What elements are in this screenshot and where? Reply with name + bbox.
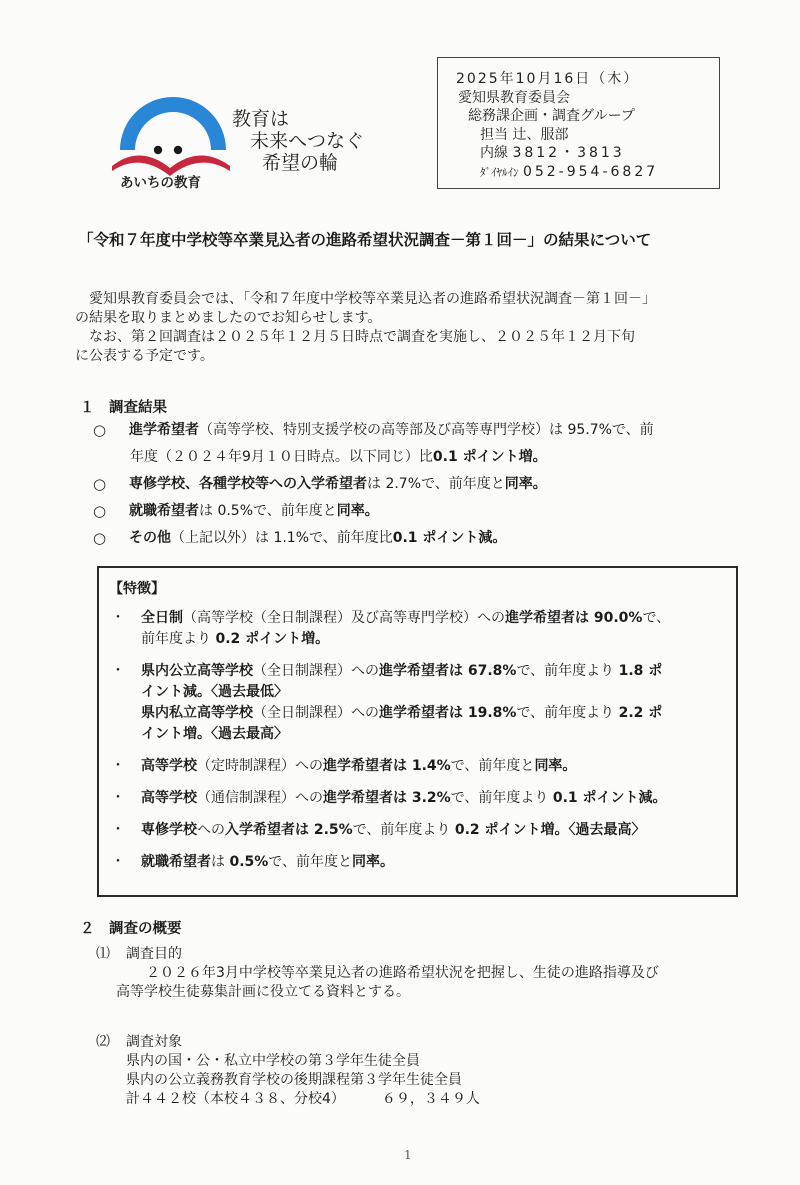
feature-value: 進学希望者は 19.8% — [379, 705, 516, 721]
result-text: は 0.5%で、前年度と — [199, 503, 337, 519]
circle-bullet-icon: ○ — [93, 417, 129, 444]
feature-item: ・ 高等学校（通信制課程）への進学希望者は 3.2%で、前年度より 0.1 ポイ… — [109, 788, 726, 809]
feature-change: イント減。〈過去最低〉 — [141, 684, 288, 700]
intro-paragraph: の結果を取りまとめましたのでお知らせします。 — [75, 309, 745, 328]
dot-bullet-icon: ・ — [109, 788, 141, 809]
feature-label: 高等学校 — [141, 790, 197, 806]
feature-change: 同率。 — [352, 854, 394, 870]
feature-change: イント増。〈過去最高〉 — [141, 726, 288, 742]
feature-change: 2.2 ポ — [619, 705, 663, 721]
circle-bullet-icon: ○ — [93, 471, 129, 498]
feature-text: で、前年度と — [451, 758, 535, 774]
intro-paragraph: 愛知県教育委員会では、「令和７年度中学校等卒業見込者の進路希望状況調査－第１回－… — [75, 290, 745, 309]
slogan-line: 教育は — [232, 108, 364, 130]
item-number: ⑴ — [96, 945, 126, 964]
page-number: 1 — [404, 1148, 412, 1162]
organization: 愛知県教育委員会 — [456, 89, 719, 108]
feature-label: 県内私立高等学校 — [141, 705, 253, 721]
target-text: 県内の公立義務教育学校の後期課程第３学年生徒全員 — [96, 1071, 756, 1090]
result-label: 進学希望者 — [129, 422, 199, 438]
feature-text: （全日制課程）への — [253, 663, 379, 679]
dot-bullet-icon: ・ — [109, 756, 141, 777]
features-title: 【特徴】 — [109, 578, 726, 598]
feature-change: 1.8 ポ — [619, 663, 663, 679]
result-item: ○ 専修学校、各種学校等への入学希望者は 2.7%で、前年度と同率。 — [93, 471, 753, 498]
result-label: 就職希望者 — [129, 503, 199, 519]
feature-label: 専修学校 — [141, 822, 197, 838]
logo-caption: あいちの教育 — [120, 171, 201, 191]
feature-value: 進学希望者は 3.2% — [323, 790, 451, 806]
contact-info-box: 2025年10月16日（木） 愛知県教育委員会 総務課企画・調査グループ 担当 … — [437, 57, 720, 189]
feature-change: 0.2 ポイント増。 — [215, 631, 329, 647]
section-1-heading: １ 調査結果 — [80, 396, 167, 417]
survey-purpose: ⑴ 調査目的 ２０２６年3月中学校等卒業見込者の進路希望状況を把握し、生徒の進路… — [96, 945, 756, 1002]
dot-bullet-icon: ・ — [109, 820, 141, 841]
feature-text: （定時制課程）への — [197, 758, 323, 774]
feature-change: 同率。 — [534, 758, 576, 774]
feature-text: で、前年度より — [516, 663, 618, 679]
extension-label: 内線 — [480, 145, 508, 161]
result-item: ○ その他（上記以外）は 1.1%で、前年度比0.1 ポイント減。 — [93, 525, 753, 552]
purpose-text: 高等学校生徒募集計画に役立てる資料とする。 — [96, 983, 756, 1002]
result-item: ○ 就職希望者は 0.5%で、前年度と同率。 — [93, 498, 753, 525]
feature-value: 進学希望者は 90.0% — [505, 610, 642, 626]
feature-value: 進学希望者は 1.4% — [323, 758, 451, 774]
school-count: 計４４２校（本校４３８、分校4） — [126, 1091, 345, 1107]
feature-change: 0.2 ポイント増。〈過去最高〉 — [455, 822, 646, 838]
features-box: 【特徴】 ・ 全日制（高等学校（全日制課程）及び高等専門学校）への進学希望者は … — [97, 566, 738, 897]
result-change: 同率。 — [505, 476, 547, 492]
intro-paragraph: なお、第２回調査は２０２５年１２月５日時点で調査を実施し、２０２５年１２月下旬 — [75, 328, 745, 347]
feature-text: で、前年度より — [353, 822, 455, 838]
extension-line: 内線 3812・3813 — [456, 144, 719, 163]
circle-bullet-icon: ○ — [93, 498, 129, 525]
department: 総務課企画・調査グループ — [456, 107, 719, 126]
target-totals: 計４４２校（本校４３８、分校4） ６９，３４９人 — [96, 1090, 756, 1109]
results-list: ○ 進学希望者（高等学校、特別支援学校の高等部及び高等専門学校）は 95.7%で… — [93, 417, 753, 552]
feature-text: への — [197, 822, 225, 838]
page-title: 「令和７年度中学校等卒業見込者の進路希望状況調査－第１回－」の結果について — [78, 228, 651, 250]
section-2-heading: ２ 調査の概要 — [80, 917, 182, 938]
result-text: は 2.7%で、前年度と — [367, 476, 505, 492]
circle-bullet-icon: ○ — [93, 525, 129, 552]
feature-label: 県内公立高等学校 — [141, 663, 253, 679]
feature-text: で、前年度より — [451, 790, 553, 806]
slogan-line: 希望の輪 — [232, 152, 364, 174]
feature-text: （全日制課程）への — [253, 705, 379, 721]
feature-label: 就職希望者 — [141, 854, 211, 870]
feature-label: 全日制 — [141, 610, 183, 626]
intro-paragraph: に公表する予定です。 — [75, 347, 745, 366]
feature-change: 0.1 ポイント減。 — [553, 790, 667, 806]
feature-text: で、 — [642, 610, 670, 626]
item-label: 調査目的 — [126, 945, 182, 964]
feature-item: ・ 全日制（高等学校（全日制課程）及び高等専門学校）への進学希望者は 90.0%… — [109, 608, 726, 650]
feature-text: （通信制課程）への — [197, 790, 323, 806]
release-date: 2025年10月16日（木） — [456, 70, 719, 89]
feature-text: 前年度より — [141, 631, 215, 647]
feature-value: 入学希望者は 2.5% — [225, 822, 353, 838]
direct-number: 052-954-6827 — [523, 164, 658, 180]
target-text: 県内の国・公・私立中学校の第３学年生徒全員 — [96, 1052, 756, 1071]
item-number: ⑵ — [96, 1033, 126, 1052]
direct-line: ﾀﾞｲﾔﾙｲﾝ 052-954-6827 — [456, 163, 719, 183]
feature-item: ・ 高等学校（定時制課程）への進学希望者は 1.4%で、前年度と同率。 — [109, 756, 726, 777]
feature-item: ・ 就職希望者は 0.5%で、前年度と同率。 — [109, 852, 726, 873]
feature-value: 0.5% — [229, 854, 268, 870]
feature-text: で、前年度と — [268, 854, 352, 870]
aichi-education-logo: あいちの教育 — [108, 88, 238, 193]
result-change: 同率。 — [337, 503, 379, 519]
survey-target: ⑵ 調査対象 県内の国・公・私立中学校の第３学年生徒全員 県内の公立義務教育学校… — [96, 1033, 756, 1109]
result-item: ○ 進学希望者（高等学校、特別支援学校の高等部及び高等専門学校）は 95.7%で… — [93, 417, 753, 471]
feature-item: ・ 専修学校への入学希望者は 2.5%で、前年度より 0.2 ポイント増。〈過去… — [109, 820, 726, 841]
feature-label: 高等学校 — [141, 758, 197, 774]
document-page: あいちの教育 教育は 未来へつなぐ 希望の輪 2025年10月16日（木） 愛知… — [0, 0, 800, 1185]
result-change: 0.1 ポイント減。 — [393, 530, 507, 546]
item-label: 調査対象 — [126, 1033, 182, 1052]
feature-item: ・ 県内公立高等学校（全日制課程）への進学希望者は 67.8%で、前年度より 1… — [109, 661, 726, 745]
dot-bullet-icon: ・ — [109, 608, 141, 650]
direct-label: ﾀﾞｲﾔﾙｲﾝ — [480, 166, 519, 179]
slogan-line: 未来へつなぐ — [232, 130, 364, 152]
student-count: ６９，３４９人 — [382, 1091, 480, 1107]
feature-text: は — [211, 854, 229, 870]
result-text: （上記以外）は 1.1%で、前年度比 — [171, 530, 393, 546]
dot-bullet-icon: ・ — [109, 852, 141, 873]
staff: 担当 辻、服部 — [456, 126, 719, 145]
feature-text: （高等学校（全日制課程）及び高等専門学校）への — [183, 610, 505, 626]
result-change: 0.1 ポイント増。 — [433, 449, 547, 465]
result-label: 専修学校、各種学校等への入学希望者 — [129, 476, 367, 492]
feature-value: 進学希望者は 67.8% — [379, 663, 516, 679]
result-text: （高等学校、特別支援学校の高等部及び高等専門学校）は 95.7%で、前 — [199, 422, 654, 438]
extension-number: 3812・3813 — [512, 145, 624, 161]
feature-text: で、前年度より — [516, 705, 618, 721]
result-text: 年度（２０２４年9月１０日時点。以下同じ）比 — [130, 449, 433, 465]
intro-text: 愛知県教育委員会では、「令和７年度中学校等卒業見込者の進路希望状況調査－第１回－… — [75, 290, 745, 366]
purpose-text: ２０２６年3月中学校等卒業見込者の進路希望状況を把握し、生徒の進路指導及び — [96, 964, 756, 983]
slogan: 教育は 未来へつなぐ 希望の輪 — [232, 108, 364, 174]
result-label: その他 — [129, 530, 171, 546]
dot-bullet-icon: ・ — [109, 661, 141, 745]
